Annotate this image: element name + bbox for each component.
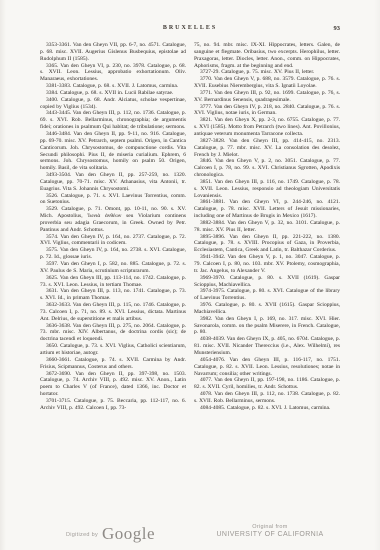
catalogue-entry: 3625. Van den Gheyn III, pp. 113-114, no… bbox=[40, 275, 186, 289]
running-head-title: BRUXELLES bbox=[40, 25, 340, 31]
catalogue-entry: 4078. Van den Gheyn III, p. 112, no. 173… bbox=[194, 391, 340, 405]
catalogue-entry: 3574. Van den Gheyn IV, p. 164, no. 2737… bbox=[40, 234, 186, 248]
catalogue-entry: 3353-3361. Van den Gheyn VII, pp. 6-7, n… bbox=[40, 42, 186, 63]
catalogue-entry: 3882-3884. Van den Gheyn V, p. 32, no. 3… bbox=[194, 220, 340, 234]
catalogue-entry: 3701-3715. Catalogue, p. 75. Beccaria, p… bbox=[40, 398, 186, 412]
text-column-right: 75, no. 94. mbr. misc. IX-XI. Hippocrate… bbox=[194, 42, 340, 412]
catalogue-entry: 3400. Catalogue, p. 68. Andr. Alciatus, … bbox=[40, 97, 186, 111]
scanned-book-page: BRUXELLES 93 3353-3361. Van den Gheyn VI… bbox=[0, 0, 380, 550]
page-number: 93 bbox=[334, 25, 341, 32]
catalogue-entry: 3672-3690. Van den Gheyn II, pp. 397-398… bbox=[40, 371, 186, 398]
catalogue-entry: 3827-3828. Van den Gheyn III, pp. 414-41… bbox=[194, 138, 340, 159]
catalogue-entry: 3982. Van den Gheyn I, p. 169, no. 317. … bbox=[194, 316, 340, 337]
catalogue-entry: 3851. Van den Gheyn III, p. 116, no. 174… bbox=[194, 179, 340, 200]
provenance-watermark: Original from UNIVERSITY OF CALIFORNIA bbox=[212, 524, 328, 538]
catalogue-entry: 4077. Van den Gheyn II, pp. 197-198, no.… bbox=[194, 377, 340, 391]
catalogue-entry: 3597. Van den Gheyn I, p. 582, no. 885. … bbox=[40, 261, 186, 275]
google-watermark: Digitized by Google bbox=[66, 524, 155, 544]
catalogue-entry: 3976. Catalogue, p. 80. s. XVII (1615). … bbox=[194, 302, 340, 316]
catalogue-entry: 3821. Van den Gheyn X, pp. 2-3, no. 6755… bbox=[194, 117, 340, 138]
text-body: 3353-3361. Van den Gheyn VII, pp. 6-7, n… bbox=[40, 42, 340, 412]
catalogue-entry: 3895-3896. Van den Gheyn II, pp. 221-222… bbox=[194, 234, 340, 255]
catalogue-entry: 3493-3504. Van den Gheyn II, pp. 257-259… bbox=[40, 172, 186, 193]
catalogue-entry: 75, no. 94. mbr. misc. IX-XI. Hippocrate… bbox=[194, 42, 340, 69]
text-column-left: 3353-3361. Van den Gheyn VII, pp. 6-7, n… bbox=[40, 42, 186, 412]
catalogue-entry: 3443-3445. Van den Gheyn III, p. 112, no… bbox=[40, 110, 186, 131]
original-from-label: Original from bbox=[212, 524, 328, 530]
page-header: BRUXELLES 93 bbox=[40, 25, 340, 35]
catalogue-entry: 3575. Van den Gheyn IV, p. 164, no. 2738… bbox=[40, 247, 186, 261]
catalogue-entry: 3632-3633. Van den Gheyn III, p. 115, no… bbox=[40, 302, 186, 323]
catalogue-entry: 3526. Catalogue, p. 71. s. XVI. Laevinus… bbox=[40, 193, 186, 207]
catalogue-entry: 3771. Van den Gheyn III, p. 92, no. 1699… bbox=[194, 90, 340, 104]
catalogue-entry: 3446-3484. Van den Gheyn II, pp. 9-11, n… bbox=[40, 131, 186, 172]
catalogue-entry: 3727-29. Catalogue, p. 75. misc. XV. Piu… bbox=[194, 69, 340, 76]
institution-label: UNIVERSITY OF CALIFORNIA bbox=[212, 531, 328, 538]
catalogue-entry: 3650. Catalogue, p. 73. s. XVI. Viglius,… bbox=[40, 343, 186, 357]
catalogue-entry: 3941-3942. Van den Gheyn V, p. 1, no. 30… bbox=[194, 254, 340, 275]
catalogue-entry: 3384. Catalogue, p. 68. s. XVII in. Luci… bbox=[40, 90, 186, 97]
catalogue-entry: 3969-3970. Catalogue, p. 80. s. XVII (16… bbox=[194, 275, 340, 289]
catalogue-entry: 4054-4076. Van den Gheyn III, p. 116-117… bbox=[194, 357, 340, 378]
catalogue-entry: 3777. Van den Gheyn IV, p. 218, no. 2840… bbox=[194, 104, 340, 118]
catalogue-entry: 3974-3975. Catalogue, p. 80. s. XVI. Cat… bbox=[194, 288, 340, 302]
google-logo: Google bbox=[102, 524, 155, 543]
catalogue-entry: 4084-4085. Catalogue, p. 82. s. XVI. J. … bbox=[194, 405, 340, 412]
catalogue-entry: 3529. Catalogue, p. 71. Omont, pp. 10-11… bbox=[40, 206, 186, 233]
catalogue-entry: 4038-4039. Van den Gheyn IX, p. 405, no.… bbox=[194, 336, 340, 357]
catalogue-entry: 3770. Van den Gheyn V, p. 688, no. 3579.… bbox=[194, 76, 340, 90]
catalogue-entry: 3631. Van den Gheyn III, p. 113, no. 174… bbox=[40, 288, 186, 302]
catalogue-entry: 3861-3881. Van den Gheyn VI, p. 244-246,… bbox=[194, 199, 340, 220]
catalogue-entry: 3365. Van den Gheyn VI, p. 230, no. 3978… bbox=[40, 63, 186, 84]
catalogue-entry: 3381-3383. Catalogue, p. 68. s. XVII. J.… bbox=[40, 83, 186, 90]
catalogue-entry: 3846. Van den Gheyn V, p. 2, no. 3051. C… bbox=[194, 158, 340, 179]
catalogue-entry: 3660-3661. Catalogue, p. 74. s. XVII. Ca… bbox=[40, 357, 186, 371]
digitized-by-label: Digitized by bbox=[66, 532, 98, 538]
catalogue-entry: 3636-3638. Van den Gheyn III, p. 275, no… bbox=[40, 323, 186, 344]
